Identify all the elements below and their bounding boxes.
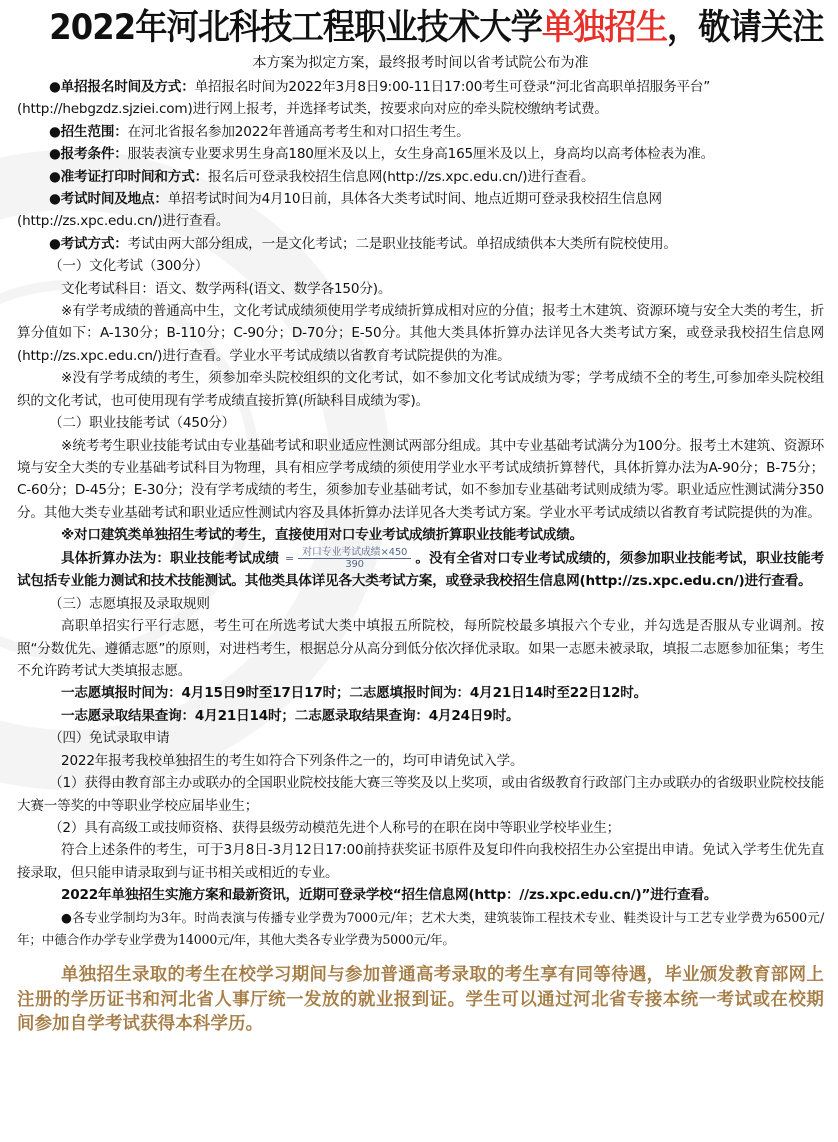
scope-section: ●招生范围：在河北省报名参加2022年普通高考考生和对口招生考生。 (17, 121, 824, 143)
admission-ticket-text: 报名后可登录我校招生信息网(http://zs.xpc.edu.cn/)进行查看… (208, 169, 594, 185)
tuition-info: ●各专业学制均为3年。时尚表演与传播专业学费为7000元/年；艺术大类，建筑装饰… (17, 907, 824, 952)
volunteer-fill-time: 一志愿填报时间为：4月15日9时至17日17时；二志愿填报时间为：4月21日14… (17, 682, 824, 704)
exam-time-text: 单招考试时间为4月10日前，具体各大类考试时间、地点近期可登录我校招生信息网 (168, 191, 662, 207)
scope-label: ●招生范围： (49, 124, 128, 140)
volunteer-result-time: 一志愿录取结果查询：4月21日14时；二志愿录取结果查询：4月24日9时。 (17, 705, 824, 727)
skill-exam-heading: （二）职业技能考试（450分） (17, 412, 824, 434)
skill-exam-note-2: ※对口建筑类单独招生考试的考生，直接使用对口专业考试成绩折算职业技能考试成绩。 (17, 524, 824, 546)
conditions-label: ●报考条件： (49, 146, 128, 162)
footer-statement: 单独招生录取的考生在校学习期间与参加普通高考录取的考生享有同等待遇，毕业颁发教育… (17, 963, 824, 1037)
exemption-item-1: （1）获得由教育部主办或联办的全国职业院校技能大赛三等奖及以上奖项，或由省级教育… (17, 772, 824, 817)
registration-section: ●单招报名时间及方式：单招报名时间为2022年3月8日9:00-11日17:00… (17, 76, 824, 98)
admission-notice: 2022年河北科技工程职业技术大学单独招生，敬请关注 本方案为拟定方案，最终报考… (0, 0, 838, 1037)
conditions-text: 服装表演专业要求男生身高180厘米及以上，女生身高165厘米及以上，身高均以高考… (128, 146, 714, 162)
culture-exam-subjects: 文化考试科目：语文、数学两科(语文、数学各150分)。 (17, 278, 824, 300)
page-title: 2022年河北科技工程职业技术大学单独招生，敬请关注 (49, 0, 791, 50)
exemption-heading: （四）免试录取申请 (17, 727, 824, 749)
culture-exam-note-1: ※有学考成绩的普通高中生，文化考试成绩须使用学考成绩折算成相对应的分值；报考土木… (17, 300, 824, 367)
registration-label: ●单招报名时间及方式： (49, 79, 195, 95)
exam-time-label: ●考试时间及地点： (49, 191, 168, 207)
subtitle: 本方案为拟定方案，最终报考时间以省考试院公布为准 (17, 52, 824, 74)
title-suffix: ，敬请关注 (667, 8, 823, 48)
score-formula: 对口专业考试成绩×450390 (298, 547, 411, 570)
culture-exam-note-2: ※没有学考成绩的考生，须参加牵头院校组织的文化考试，如不参加文化考试成绩为零；学… (17, 367, 824, 412)
skill-exam-note-1: ※统考考生职业技能考试由专业基础考试和职业适应性测试两部分组成。其中专业基础考试… (17, 435, 824, 525)
admission-ticket-section: ●准考证打印时间和方式：报名后可登录我校招生信息网(http://zs.xpc.… (17, 166, 824, 188)
formula-prefix: 具体折算办法为：职业技能考试成绩 (61, 550, 279, 566)
exemption-intro: 2022年报考我校单独招生的考生如符合下列条件之一的，均可申请免试入学。 (17, 750, 824, 772)
title-prefix: 2022年河北科技工程职业技术大学 (49, 8, 542, 48)
exemption-apply: 符合上述条件的考生，可于3月8日-3月12日17:00前持获奖证书原件及复印件向… (17, 839, 824, 884)
registration-text: 单招报名时间为2022年3月8日9:00-11日17:00考生可登录“河北省高职… (195, 79, 711, 95)
exam-method-section: ●考试方式：考试由两大部分组成，一是文化考试；二是职业技能考试。单招成绩供本大类… (17, 233, 824, 255)
volunteer-heading: （三）志愿填报及录取规则 (17, 593, 824, 615)
exam-method-text: 考试由两大部分组成，一是文化考试；二是职业技能考试。单招成绩供本大类所有院校使用… (128, 236, 677, 252)
admission-ticket-label: ●准考证打印时间和方式： (49, 169, 208, 185)
culture-exam-heading: （一）文化考试（300分） (17, 255, 824, 277)
registration-url-line: (http://hebgzdz.sjziei.com)进行网上报考，并选择考试类… (17, 98, 824, 120)
title-highlight: 单独招生 (542, 8, 667, 48)
volunteer-rules: 高职单招实行平行志愿，考生可在所选考试大类中填报五所院校，每所院校最多填报六个专… (17, 615, 824, 682)
conditions-section: ●报考条件：服装表演专业要求男生身高180厘米及以上，女生身高165厘米及以上，… (17, 143, 824, 165)
exam-time-section: ●考试时间及地点：单招考试时间为4月10日前，具体各大类考试时间、地点近期可登录… (17, 188, 824, 210)
scope-text: 在河北省报名参加2022年普通高考考生和对口招生考生。 (128, 124, 470, 140)
formula-denominator: 390 (298, 559, 411, 570)
exemption-item-2: （2）具有高级工或技师资格、获得县级劳动模范先进个人称号的在职在岗中等职业学校毕… (17, 817, 824, 839)
formula-numerator: 对口专业考试成绩×450 (298, 547, 411, 559)
exam-time-url-line: (http://zs.xpc.edu.cn/)进行查看。 (17, 210, 824, 232)
exam-method-label: ●考试方式： (49, 236, 128, 252)
skill-exam-formula-paragraph: 具体折算办法为：职业技能考试成绩=对口专业考试成绩×450390。没有全省对口专… (17, 547, 824, 593)
formula-equals: = (285, 552, 294, 565)
latest-info: 2022年单独招生实施方案和最新资讯，近期可登录学校“招生信息网(http：//… (17, 884, 824, 906)
